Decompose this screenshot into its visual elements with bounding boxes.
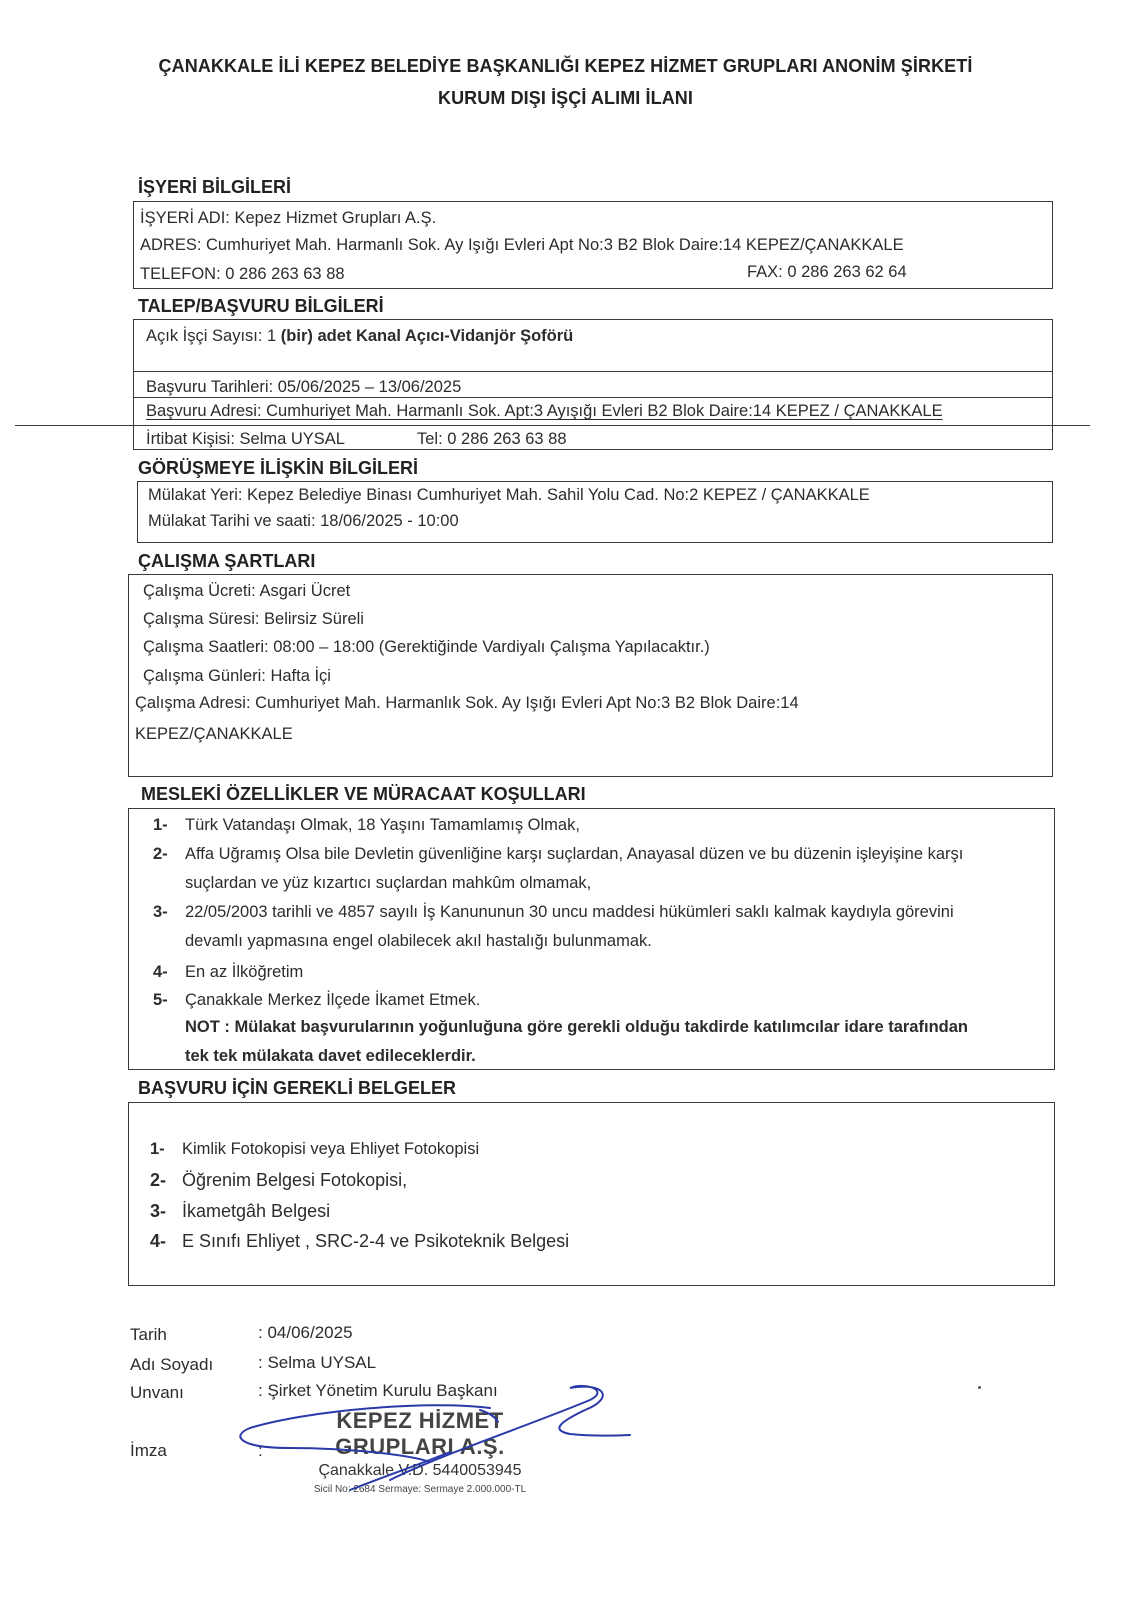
- calisma-ucreti: Çalışma Ücreti: Asgari Ücret: [143, 582, 350, 601]
- calisma-adresi: Çalışma Adresi: Cumhuriyet Mah. Harmanlı…: [135, 694, 799, 713]
- document-title: ÇANAKKALE İLİ KEPEZ BELEDİYE BAŞKANLIĞI …: [0, 56, 1131, 77]
- tarih-value: : 04/06/2025: [258, 1323, 353, 1343]
- item-text: E Sınıfı Ehliyet , SRC-2-4 ve Psikotekni…: [182, 1231, 569, 1251]
- item-number: 2-: [150, 1170, 182, 1191]
- mesleki-item: 1-Türk Vatandaşı Olmak, 18 Yaşını Tamaml…: [153, 816, 580, 835]
- talep-divider: [133, 371, 1053, 372]
- isyeri-telefon: TELEFON: 0 286 263 63 88: [140, 265, 345, 284]
- irtibat-kisisi: İrtibat Kişisi: Selma UYSAL: [146, 430, 345, 449]
- item-number: 5-: [153, 991, 185, 1010]
- calisma-saatleri: Çalışma Saatleri: 08:00 – 18:00 (Gerekti…: [143, 638, 710, 657]
- mesleki-note-cont: tek tek mülakata davet edileceklerdir.: [185, 1047, 476, 1066]
- irtibat-tel: Tel: 0 286 263 63 88: [417, 430, 567, 449]
- acik-isci-position: (bir) adet Kanal Açıcı-Vidanjör Şoförü: [281, 327, 573, 345]
- item-text: Öğrenim Belgesi Fotokopisi,: [182, 1170, 407, 1190]
- item-number: 1-: [153, 816, 185, 835]
- mesleki-item: 3-22/05/2003 tarihli ve 4857 sayılı İş K…: [153, 903, 954, 922]
- item-text: 22/05/2003 tarihli ve 4857 sayılı İş Kan…: [185, 903, 954, 921]
- basvuru-adresi: Başvuru Adresi: Cumhuriyet Mah. Harmanlı…: [146, 402, 943, 421]
- mesleki-item-cont: devamlı yapmasına engel olabilecek akıl …: [185, 932, 652, 951]
- mesleki-item: 4-En az İlköğretim: [153, 963, 303, 982]
- item-text: Kimlik Fotokopisi veya Ehliyet Fotokopis…: [182, 1140, 479, 1158]
- acik-isci-sayisi: Açık İşçi Sayısı: 1 (bir) adet Kanal Açı…: [146, 327, 573, 346]
- item-text: Türk Vatandaşı Olmak, 18 Yaşını Tamamlam…: [185, 816, 580, 834]
- acik-isci-prefix: Açık İşçi Sayısı: 1: [146, 327, 281, 345]
- item-number: 3-: [153, 903, 185, 922]
- section-heading-mesleki: MESLEKİ ÖZELLİKLER VE MÜRACAAT KOŞULLARI: [141, 784, 586, 805]
- tarih-label: Tarih: [130, 1325, 167, 1345]
- mesleki-item: 2-Affa Uğramış Olsa bile Devletin güvenl…: [153, 845, 963, 864]
- mesleki-item: 5-Çanakkale Merkez İlçede İkamet Etmek.: [153, 991, 480, 1010]
- section-heading-isyeri: İŞYERİ BİLGİLERİ: [138, 177, 291, 198]
- belge-item: 3-İkametgâh Belgesi: [150, 1201, 330, 1222]
- talep-divider: [133, 397, 1053, 398]
- item-number: 4-: [153, 963, 185, 982]
- talep-divider-long: [15, 425, 1090, 426]
- item-number: 3-: [150, 1201, 182, 1222]
- section-heading-calisma: ÇALIŞMA ŞARTLARI: [138, 551, 315, 572]
- isyeri-fax: FAX: 0 286 263 62 64: [747, 263, 907, 282]
- section-heading-gorusme: GÖRÜŞMEYE İLİŞKİN BİLGİLERİ: [138, 458, 418, 479]
- section-heading-belgeler: BAŞVURU İÇİN GEREKLİ BELGELER: [138, 1078, 456, 1099]
- adi-soyadi-label: Adı Soyadı: [130, 1355, 213, 1375]
- belge-item: 2-Öğrenim Belgesi Fotokopisi,: [150, 1170, 407, 1191]
- section-heading-talep: TALEP/BAŞVURU BİLGİLERİ: [138, 296, 384, 317]
- calisma-gunleri: Çalışma Günleri: Hafta İçi: [143, 667, 331, 686]
- item-number: 2-: [153, 845, 185, 864]
- calisma-adresi-cont: KEPEZ/ÇANAKKALE: [135, 725, 293, 744]
- item-text: Affa Uğramış Olsa bile Devletin güvenliğ…: [185, 845, 963, 863]
- item-text: İkametgâh Belgesi: [182, 1201, 330, 1221]
- belgeler-box: [128, 1102, 1055, 1286]
- speck: [978, 1386, 981, 1389]
- unvan-label: Unvanı: [130, 1383, 184, 1403]
- mulakat-yeri: Mülakat Yeri: Kepez Belediye Binası Cumh…: [148, 486, 870, 505]
- mulakat-tarihi: Mülakat Tarihi ve saati: 18/06/2025 - 10…: [148, 512, 459, 531]
- mesleki-note: NOT : Mülakat başvurularının yoğunluğuna…: [185, 1018, 968, 1037]
- belge-item: 1-Kimlik Fotokopisi veya Ehliyet Fotokop…: [150, 1140, 479, 1159]
- item-number: 1-: [150, 1140, 182, 1159]
- signature-scribble-icon: [230, 1370, 640, 1500]
- isyeri-adi: İŞYERİ ADI: Kepez Hizmet Grupları A.Ş.: [140, 209, 436, 228]
- item-number: 4-: [150, 1231, 182, 1252]
- belge-item: 4-E Sınıfı Ehliyet , SRC-2-4 ve Psikotek…: [150, 1231, 569, 1252]
- isyeri-adres: ADRES: Cumhuriyet Mah. Harmanlı Sok. Ay …: [140, 236, 904, 255]
- imza-label: İmza: [130, 1441, 167, 1461]
- mesleki-item-cont: suçlardan ve yüz kızartıcı suçlardan mah…: [185, 874, 591, 893]
- item-text: En az İlköğretim: [185, 963, 303, 981]
- calisma-suresi: Çalışma Süresi: Belirsiz Süreli: [143, 610, 364, 629]
- document-subtitle: KURUM DIŞI İŞÇİ ALIMI İLANI: [0, 88, 1131, 109]
- item-text: Çanakkale Merkez İlçede İkamet Etmek.: [185, 991, 480, 1009]
- basvuru-tarihleri: Başvuru Tarihleri: 05/06/2025 – 13/06/20…: [146, 378, 461, 397]
